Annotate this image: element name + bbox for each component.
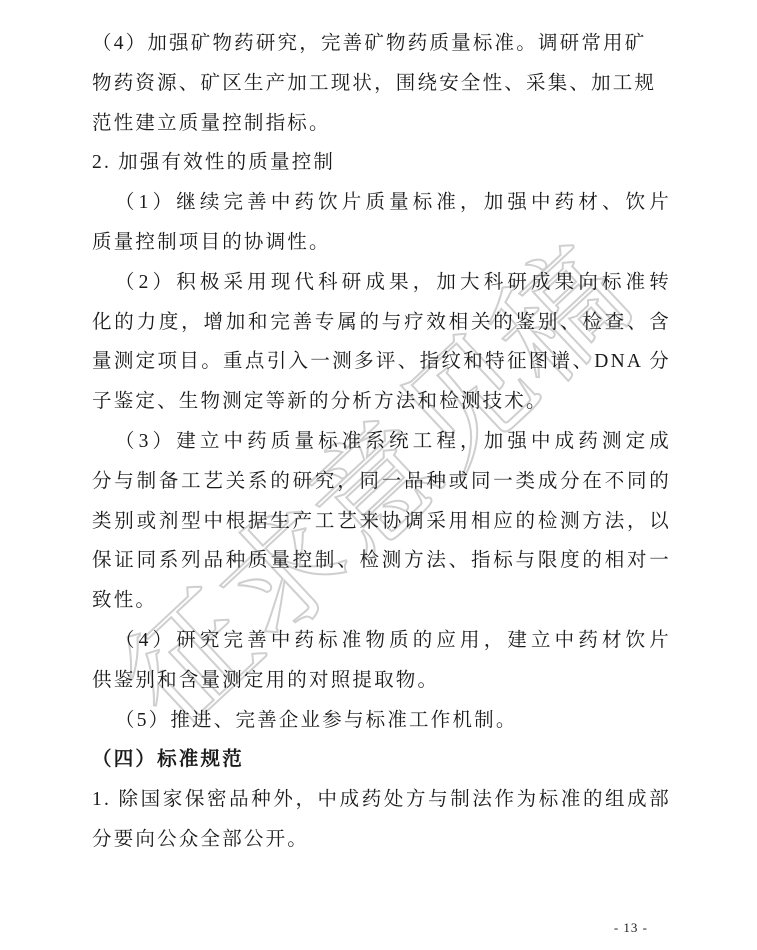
page-number: - 13 - [92,920,648,936]
text-line: 范性建立质量控制指标。 [92,104,671,144]
text-line: 质量控制项目的协调性。 [92,223,671,263]
text-line: 分要向公众全部公开。 [92,820,671,860]
text-line: 类别或剂型中根据生产工艺来协调采用相应的检测方法，以 [92,502,671,542]
text-line: 供鉴别和含量测定用的对照提取物。 [92,661,671,701]
text-line: 物药资源、矿区生产加工现状，围绕安全性、采集、加工规 [92,64,671,104]
text-line: （4）研究完善中药标准物质的应用，建立中药材饮片 [92,621,671,661]
text-line: 化的力度，增加和完善专属的与疗效相关的鉴别、检查、含 [92,303,671,343]
text-line: 2. 加强有效性的质量控制 [92,143,671,183]
text-line: （1）继续完善中药饮片质量标准，加强中药材、饮片 [92,183,671,223]
text-line: 保证同系列品种质量控制、检测方法、指标与限度的相对一 [92,541,671,581]
text-line: （3）建立中药质量标准系统工程，加强中成药测定成 [92,422,671,462]
text-line: 致性。 [92,581,671,621]
text-line: （5）推进、完善企业参与标准工作机制。 [92,701,671,741]
text-line: 分与制备工艺关系的研究，同一品种或同一类成分在不同的 [92,462,671,502]
text-line: （2）积极采用现代科研成果，加大科研成果向标准转 [92,263,671,303]
text-line: （4）加强矿物药研究，完善矿物药质量标准。调研常用矿 [92,24,671,64]
text-line: 量测定项目。重点引入一测多评、指纹和特征图谱、DNA 分 [92,342,671,382]
text-line: 1. 除国家保密品种外，中成药处方与制法作为标准的组成部 [92,780,671,820]
text-line: 子鉴定、生物测定等新的分析方法和检测技术。 [92,382,671,422]
text-line: （四）标准规范 [92,740,671,780]
document-body: （4）加强矿物药研究，完善矿物药质量标准。调研常用矿物药资源、矿区生产加工现状，… [92,24,671,860]
document-page: 征求意见稿 （4）加强矿物药研究，完善矿物药质量标准。调研常用矿物药资源、矿区生… [0,0,757,950]
